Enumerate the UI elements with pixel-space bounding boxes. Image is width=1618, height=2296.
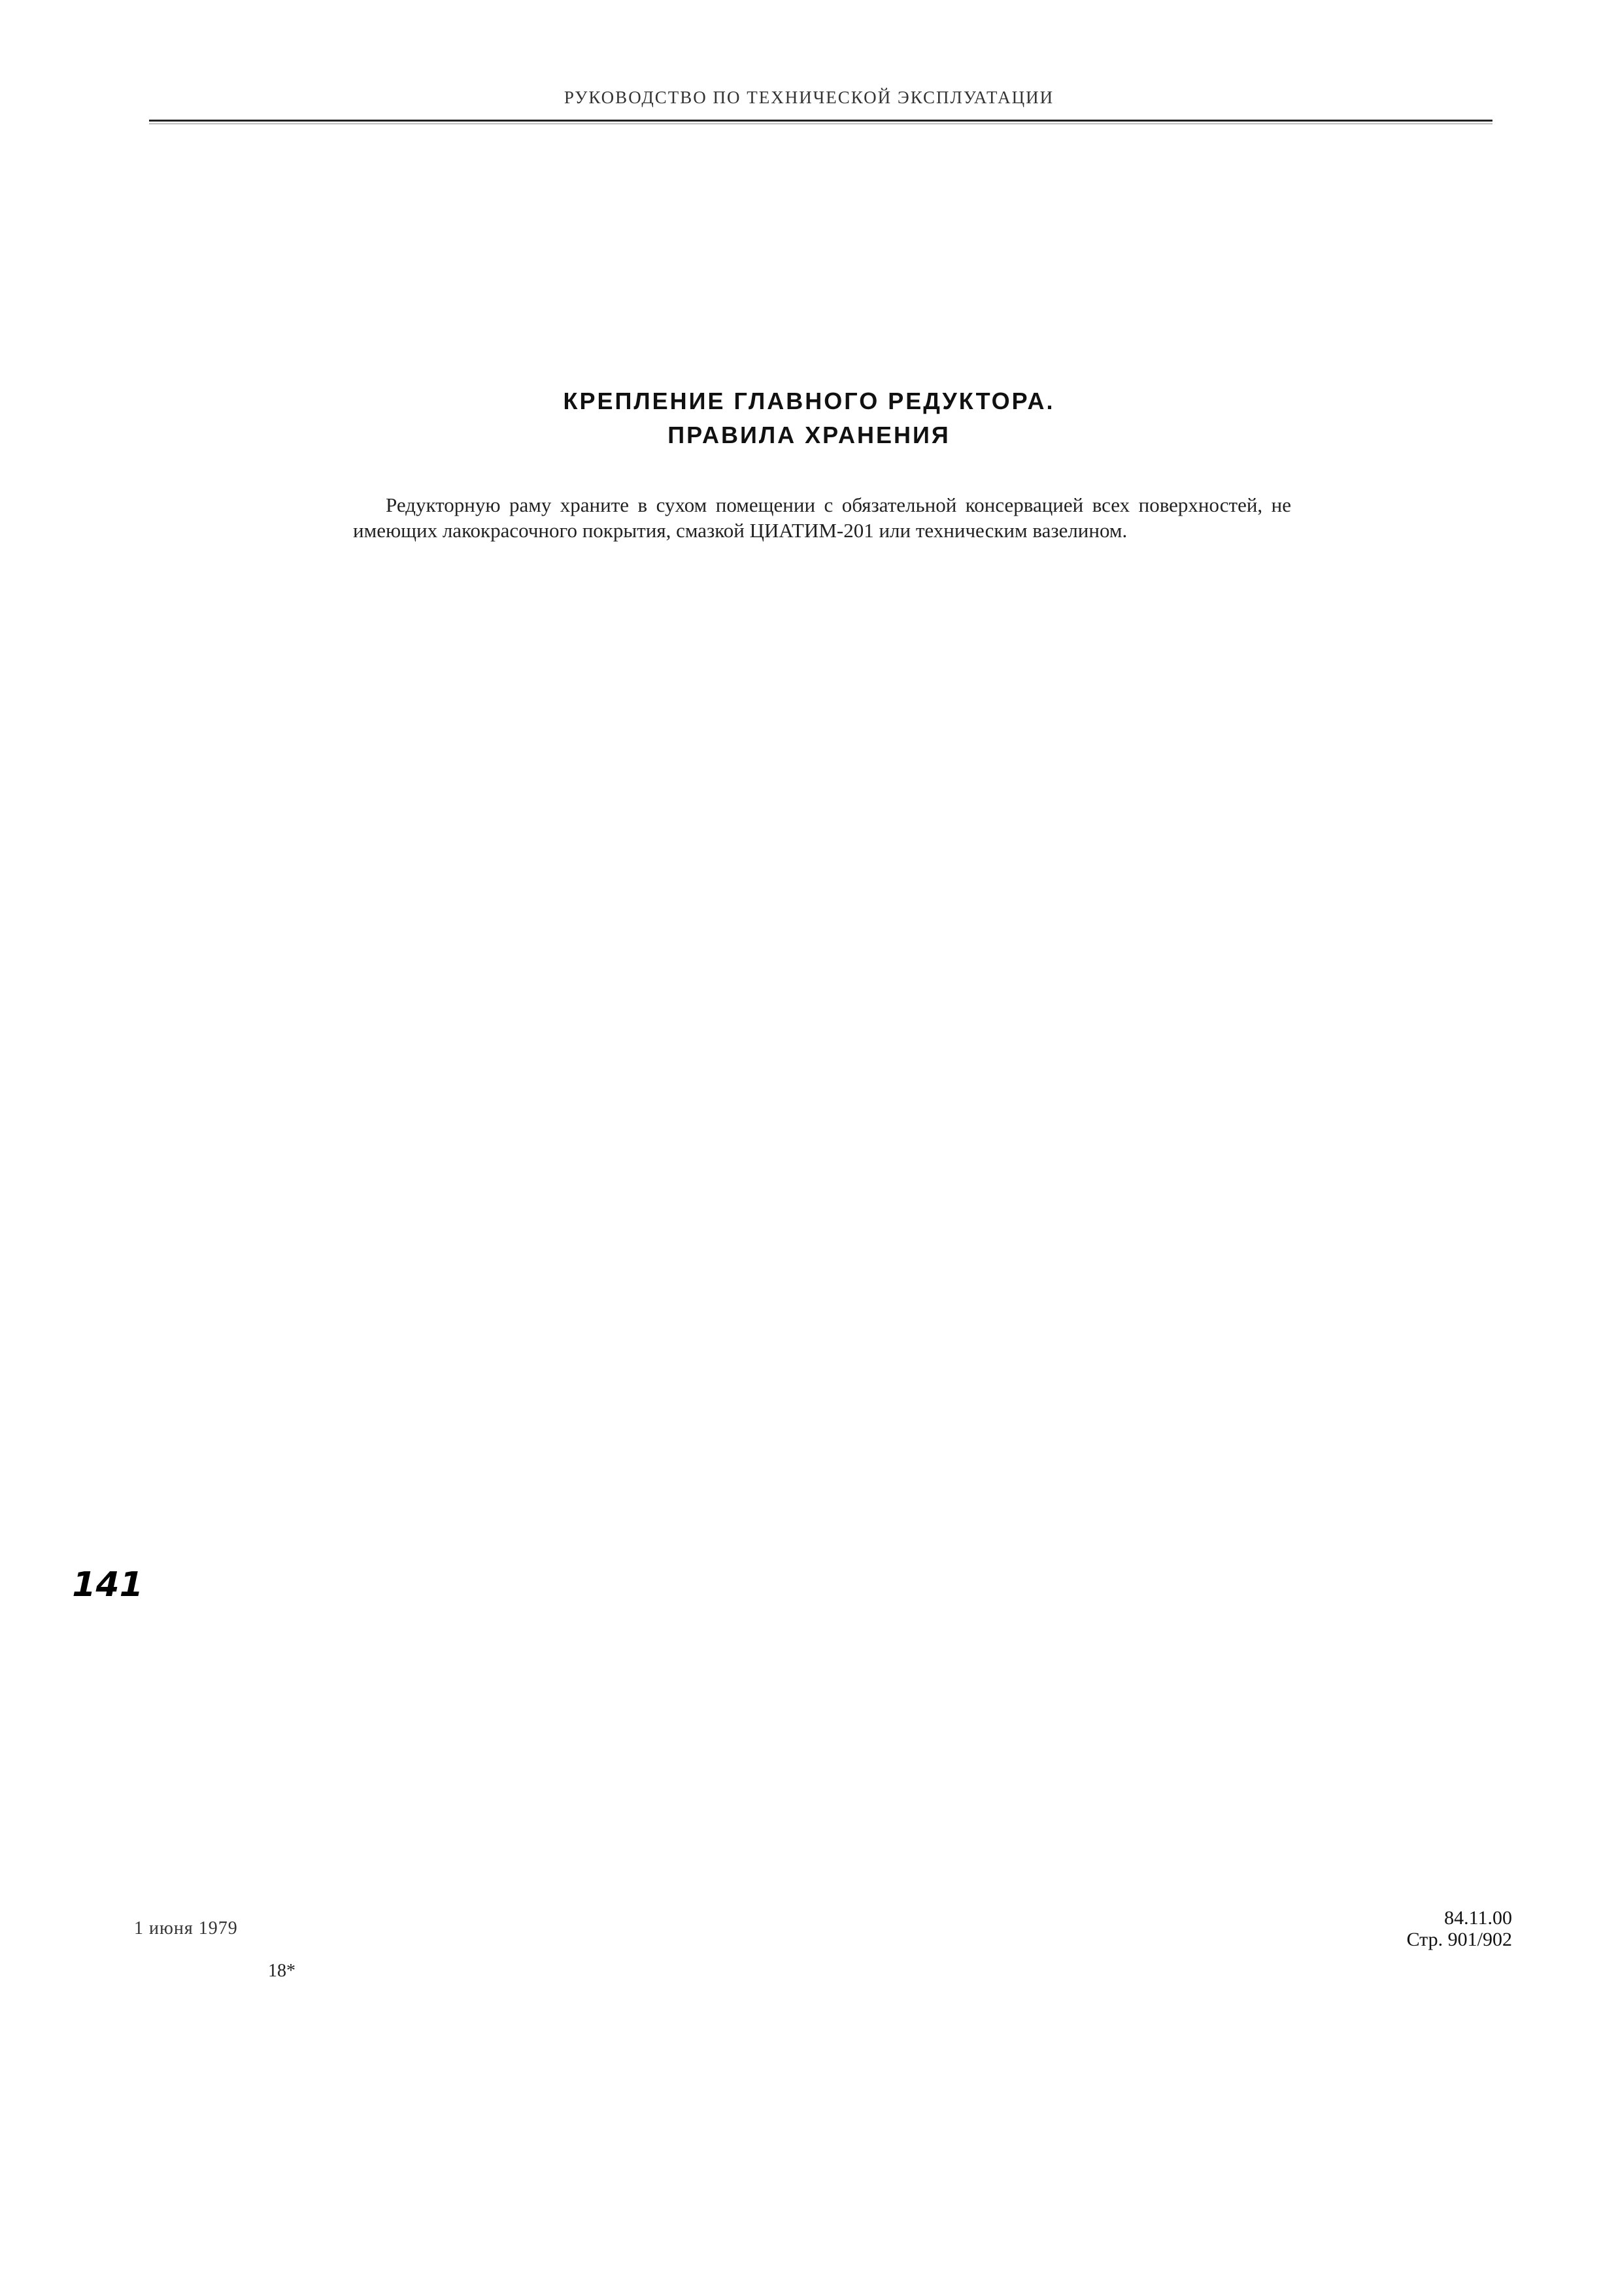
header-rule-thin [149, 124, 1492, 124]
footer-page-info: 84.11.00 Стр. 901/902 [1407, 1907, 1512, 1950]
footer-signature-mark: 18* [268, 1961, 295, 1982]
header-rule [149, 120, 1492, 122]
footer-date: 1 июня 1979 [134, 1918, 238, 1939]
page-number: Стр. 901/902 [1407, 1929, 1512, 1950]
section-title-line-2: ПРАВИЛА ХРАНЕНИЯ [0, 418, 1618, 452]
section-title-line-1: КРЕПЛЕНИЕ ГЛАВНОГО РЕДУКТОРА. [0, 384, 1618, 418]
doc-code: 84.11.00 [1407, 1907, 1512, 1929]
handwritten-margin-note: 141 [68, 1565, 147, 1605]
body-paragraph: Редукторную раму храните в сухом помещен… [353, 492, 1291, 543]
running-header: РУКОВОДСТВО ПО ТЕХНИЧЕСКОЙ ЭКСПЛУАТАЦИИ [0, 88, 1618, 108]
section-title: КРЕПЛЕНИЕ ГЛАВНОГО РЕДУКТОРА. ПРАВИЛА ХР… [0, 384, 1618, 452]
